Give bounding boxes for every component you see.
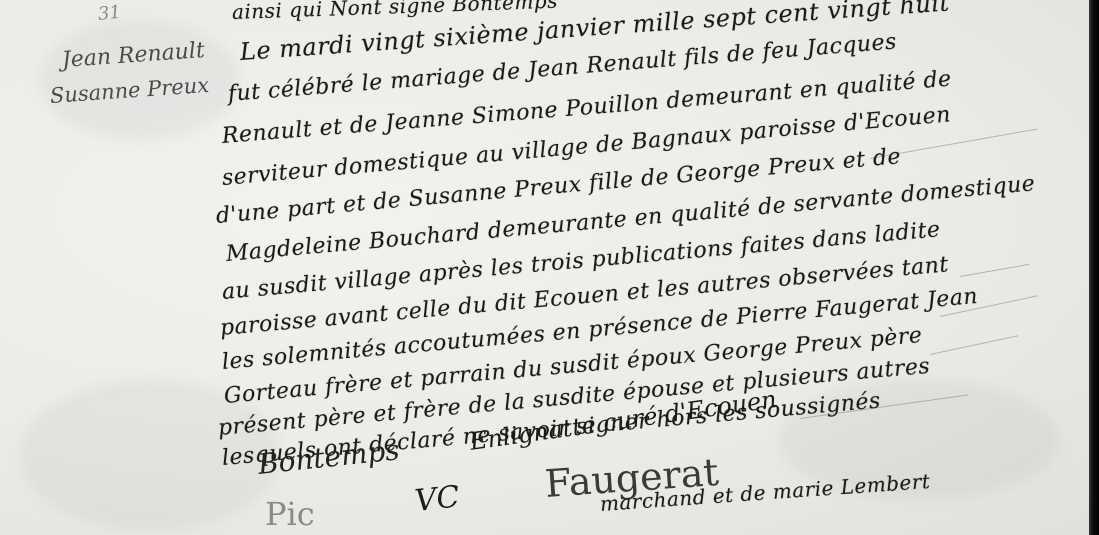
pen-stroke <box>960 264 1029 277</box>
scan-page-edge <box>1089 0 1099 535</box>
signature-faint: Pic <box>265 495 315 533</box>
signature-mark: VC <box>413 479 461 518</box>
pen-stroke <box>930 335 1018 355</box>
page-number-mark: 31 <box>97 2 122 25</box>
scanned-document-page: 31 ainsi qui Nont signé Bontemps Jean Re… <box>0 0 1089 535</box>
